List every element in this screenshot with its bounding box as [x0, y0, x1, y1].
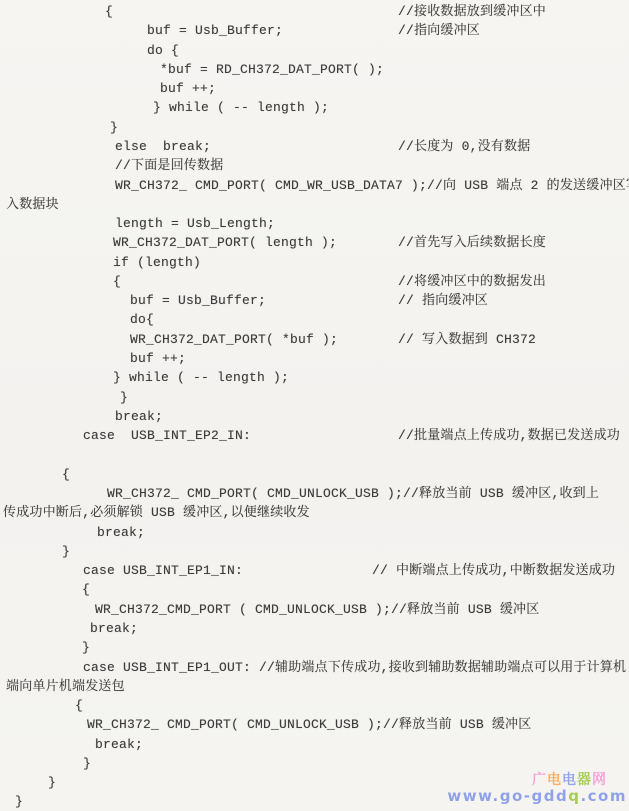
code-text: buf ++;: [130, 349, 186, 368]
code-line: 传成功中断后,必须解锁 USB 缓冲区,以便继续收发: [0, 503, 629, 522]
code-text: break;: [97, 523, 145, 542]
code-text: {: [105, 2, 113, 21]
watermark: 广电电器网 www.go-gddq.com: [447, 772, 627, 805]
watermark-site-url: www.go-gddq.com: [447, 788, 627, 805]
code-line: }: [0, 118, 629, 137]
code-text: WR_CH372_DAT_PORT( *buf );: [130, 330, 338, 349]
code-line: else break;//长度为 0,没有数据: [0, 137, 629, 156]
code-line: {//将缓冲区中的数据发出: [0, 272, 629, 291]
code-text: WR_CH372_ CMD_PORT( CMD_UNLOCK_USB );//释…: [107, 484, 599, 503]
code-text: buf = Usb_Buffer;: [130, 291, 266, 310]
code-text: buf = Usb_Buffer;: [147, 21, 283, 40]
code-line: if (length): [0, 253, 629, 272]
code-line: buf ++;: [0, 349, 629, 368]
code-line: WR_CH372_CMD_PORT ( CMD_UNLOCK_USB );//释…: [0, 600, 629, 619]
code-line: {: [0, 696, 629, 715]
code-text: WR_CH372_ CMD_PORT( CMD_UNLOCK_USB );//释…: [87, 715, 531, 734]
code-text: {: [62, 465, 70, 484]
comment-text: //首先写入后续数据长度: [398, 233, 546, 252]
code-line: length = Usb_Length;: [0, 214, 629, 233]
code-text: }: [48, 773, 56, 792]
code-text: do{: [130, 310, 154, 329]
code-text: }: [15, 792, 23, 811]
code-line: break;: [0, 619, 629, 638]
watermark-url-segment: .com: [580, 787, 627, 805]
code-line: case USB_INT_EP2_IN://批量端点上传成功,数据已发送成功: [0, 426, 629, 445]
code-text: *buf = RD_CH372_DAT_PORT( );: [160, 60, 384, 79]
code-text: break;: [115, 407, 163, 426]
code-line: case USB_INT_EP1_IN:// 中断端点上传成功,中断数据发送成功: [0, 561, 629, 580]
code-text: WR_CH372_DAT_PORT( length );: [113, 233, 337, 252]
code-line: }: [0, 754, 629, 773]
code-line: } while ( -- length );: [0, 98, 629, 117]
code-text: {: [113, 272, 121, 291]
watermark-site-name: 广电电器网: [447, 772, 607, 788]
code-text: } while ( -- length );: [113, 368, 289, 387]
code-line: {: [0, 465, 629, 484]
code-line: {//接收数据放到缓冲区中: [0, 2, 629, 21]
code-text: {: [75, 696, 83, 715]
code-text: do {: [147, 41, 179, 60]
code-text: }: [110, 118, 118, 137]
code-line: buf = Usb_Buffer;//指向缓冲区: [0, 21, 629, 40]
code-text: case USB_INT_EP1_OUT: //辅助端点下传成功,接收到辅助数据…: [83, 658, 626, 677]
code-text: length = Usb_Length;: [115, 214, 275, 233]
watermark-char: 电: [562, 772, 577, 788]
code-text: break;: [95, 735, 143, 754]
comment-text: //将缓冲区中的数据发出: [398, 272, 546, 291]
code-line: }: [0, 388, 629, 407]
code-line: break;: [0, 523, 629, 542]
code-text: WR_CH372_ CMD_PORT( CMD_WR_USB_DATA7 );/…: [115, 176, 629, 195]
code-line: WR_CH372_ CMD_PORT( CMD_UNLOCK_USB );//释…: [0, 484, 629, 503]
code-line: [0, 445, 629, 464]
code-text: //下面是回传数据: [115, 156, 223, 175]
code-text: buf ++;: [160, 79, 216, 98]
comment-text: // 中断端点上传成功,中断数据发送成功: [372, 561, 615, 580]
code-text: case USB_INT_EP2_IN:: [83, 426, 251, 445]
watermark-char: 电: [547, 772, 562, 788]
code-line: }: [0, 638, 629, 657]
code-line: do{: [0, 310, 629, 329]
comment-text: //长度为 0,没有数据: [398, 137, 530, 156]
code-line: } while ( -- length );: [0, 368, 629, 387]
code-text: 入数据块: [6, 195, 59, 214]
code-line: WR_CH372_ CMD_PORT( CMD_UNLOCK_USB );//释…: [0, 715, 629, 734]
code-line: break;: [0, 735, 629, 754]
code-text: break;: [90, 619, 138, 638]
code-line: {: [0, 580, 629, 599]
code-line: WR_CH372_ CMD_PORT( CMD_WR_USB_DATA7 );/…: [0, 176, 629, 195]
code-line: *buf = RD_CH372_DAT_PORT( );: [0, 60, 629, 79]
watermark-char: 广: [532, 772, 547, 788]
code-line: 入数据块: [0, 195, 629, 214]
code-text: 端向单片机端发送包: [6, 677, 125, 696]
code-line: buf ++;: [0, 79, 629, 98]
code-text: if (length): [113, 253, 201, 272]
code-line: }: [0, 542, 629, 561]
code-text: 传成功中断后,必须解锁 USB 缓冲区,以便继续收发: [3, 503, 310, 522]
code-text: }: [120, 388, 128, 407]
code-text: WR_CH372_CMD_PORT ( CMD_UNLOCK_USB );//释…: [95, 600, 539, 619]
code-listing: {//接收数据放到缓冲区中buf = Usb_Buffer;//指向缓冲区do …: [0, 0, 629, 811]
code-text: }: [62, 542, 70, 561]
code-text: }: [83, 754, 91, 773]
comment-text: //批量端点上传成功,数据已发送成功: [398, 426, 620, 445]
code-line: WR_CH372_DAT_PORT( *buf );// 写入数据到 CH372: [0, 330, 629, 349]
code-line: buf = Usb_Buffer;// 指向缓冲区: [0, 291, 629, 310]
code-line: break;: [0, 407, 629, 426]
code-line: WR_CH372_DAT_PORT( length );//首先写入后续数据长度: [0, 233, 629, 252]
code-line: case USB_INT_EP1_OUT: //辅助端点下传成功,接收到辅助数据…: [0, 658, 629, 677]
comment-text: //指向缓冲区: [398, 21, 480, 40]
watermark-char: 器: [577, 772, 592, 788]
scanned-code-page: {//接收数据放到缓冲区中buf = Usb_Buffer;//指向缓冲区do …: [0, 0, 629, 811]
comment-text: //接收数据放到缓冲区中: [398, 2, 546, 21]
comment-text: // 写入数据到 CH372: [398, 330, 536, 349]
code-text: } while ( -- length );: [153, 98, 329, 117]
code-text: {: [82, 580, 90, 599]
code-line: //下面是回传数据: [0, 156, 629, 175]
code-text: else break;: [115, 137, 211, 156]
code-text: case USB_INT_EP1_IN:: [83, 561, 243, 580]
watermark-url-segment: q: [568, 787, 580, 805]
watermark-url-segment: www.go-gdd: [447, 787, 568, 805]
code-line: 端向单片机端发送包: [0, 677, 629, 696]
code-line: do {: [0, 41, 629, 60]
comment-text: // 指向缓冲区: [398, 291, 488, 310]
watermark-char: 网: [592, 772, 607, 788]
code-text: }: [82, 638, 90, 657]
